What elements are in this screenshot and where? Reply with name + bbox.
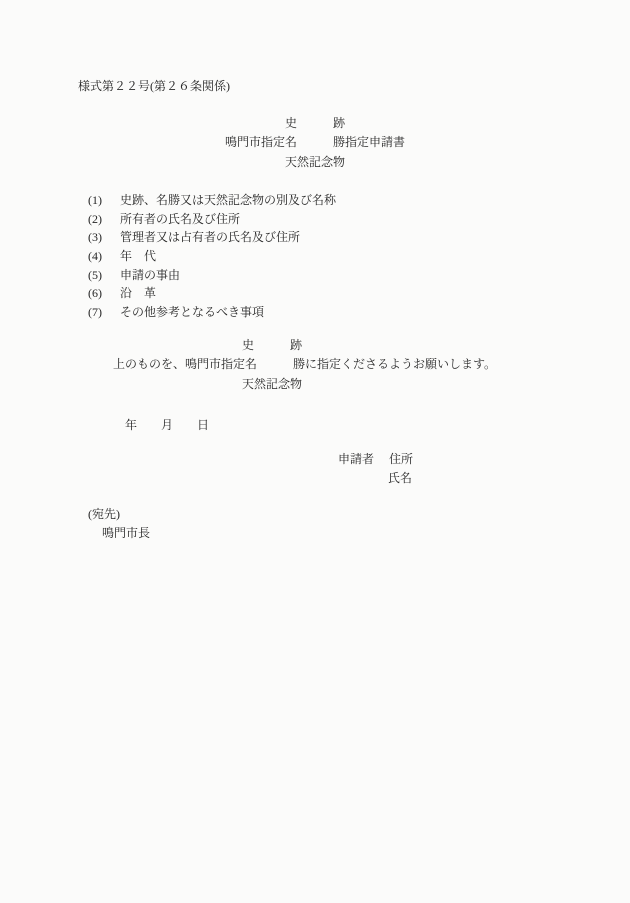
item-label: 申請の事由 bbox=[120, 269, 180, 281]
item-label: 沿 革 bbox=[120, 287, 156, 299]
title-category-shiseki: 史 跡 bbox=[285, 117, 345, 129]
petition-sentence: 上のものを、鳴門市指定名 勝に指定くださるようお願いします。 bbox=[113, 358, 496, 370]
application-form-page: 様式第２２号(第２６条関係) 史 跡 鳴門市指定名 勝指定申請書 天然記念物 (… bbox=[0, 0, 630, 903]
item-number: (2) bbox=[88, 213, 120, 225]
item-number: (3) bbox=[88, 231, 120, 243]
list-item: (5) 申請の事由 bbox=[88, 269, 336, 288]
petition-category-tennen-kinenbutsu: 天然記念物 bbox=[242, 378, 302, 390]
item-label: その他参考となるべき事項 bbox=[120, 306, 264, 318]
item-list: (1) 史跡、名勝又は天然記念物の別及び名称 (2) 所有者の氏名及び住所 (3… bbox=[88, 194, 336, 325]
item-number: (7) bbox=[88, 306, 120, 318]
list-item: (2) 所有者の氏名及び住所 bbox=[88, 213, 336, 232]
list-item: (1) 史跡、名勝又は天然記念物の別及び名称 bbox=[88, 194, 336, 213]
applicant-address-label: 住所 bbox=[389, 453, 413, 465]
item-number: (6) bbox=[88, 287, 120, 299]
item-number: (4) bbox=[88, 250, 120, 262]
petition-category-shiseki: 史 跡 bbox=[242, 339, 302, 351]
item-number: (5) bbox=[88, 269, 120, 281]
recipient-prefix: (宛先) bbox=[88, 508, 120, 520]
list-item: (4) 年 代 bbox=[88, 250, 336, 269]
applicant-label: 申請者 bbox=[338, 453, 374, 465]
item-label: 年 代 bbox=[120, 250, 156, 262]
form-number: 様式第２２号(第２６条関係) bbox=[78, 80, 230, 92]
applicant-name-label: 氏名 bbox=[388, 472, 412, 484]
list-item: (3) 管理者又は占有者の氏名及び住所 bbox=[88, 231, 336, 250]
applicant-row: 申請者 住所 bbox=[338, 453, 413, 465]
title-main-line: 鳴門市指定名 勝指定申請書 bbox=[225, 136, 405, 148]
title-category-tennen-kinenbutsu: 天然記念物 bbox=[285, 156, 345, 168]
list-item: (6) 沿 革 bbox=[88, 287, 336, 306]
item-label: 所有者の氏名及び住所 bbox=[120, 213, 240, 225]
item-number: (1) bbox=[88, 194, 120, 206]
item-label: 管理者又は占有者の氏名及び住所 bbox=[120, 231, 300, 243]
list-item: (7) その他参考となるべき事項 bbox=[88, 306, 336, 325]
recipient-addressee: 鳴門市長 bbox=[102, 527, 150, 539]
date-line: 年 月 日 bbox=[125, 419, 209, 431]
item-label: 史跡、名勝又は天然記念物の別及び名称 bbox=[120, 194, 336, 206]
